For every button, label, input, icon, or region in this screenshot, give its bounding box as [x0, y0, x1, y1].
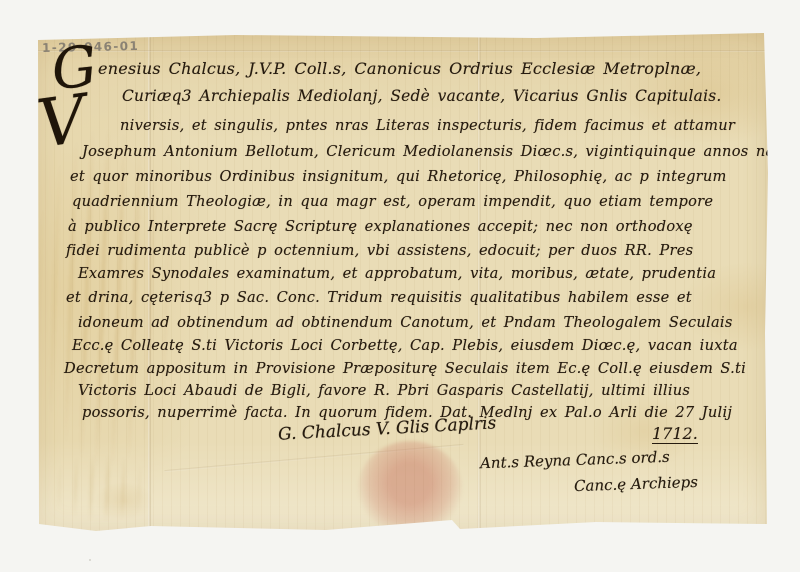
manuscript-line: Josephum Antonium Bellotum, Clericum Med…: [82, 143, 800, 160]
manuscript-line: quadriennium Theologiæ, in qua magr est,…: [72, 193, 713, 210]
chancellor-signature-line2: Canc.ę Archieps: [574, 473, 698, 495]
manuscript-line: à publico Interprete Sacrę Scripturę exp…: [68, 218, 693, 235]
manuscript-line: Decretum appositum in Provisione Præposi…: [64, 360, 746, 377]
date-year: 1712.: [652, 424, 698, 444]
fold-crease: [36, 50, 768, 52]
manuscript-line: enesius Chalcus, J.V.P. Coll.s, Canonicu…: [98, 59, 701, 78]
manuscript-line: niversis, et singulis, pntes nras Litera…: [120, 117, 735, 134]
chancellor-signature-line1: Ant.s Reyna Canc.s ord.s: [480, 448, 670, 473]
manuscript-line: et quor minoribus Ordinibus insignitum, …: [70, 168, 727, 185]
ink-bleedthrough: [46, 453, 156, 523]
manuscript-line: idoneum ad obtinendum ad obtinendum Cano…: [78, 314, 733, 331]
manuscript-page: 1-29-046-01 G V enesius Chalcus, J.V.P. …: [36, 33, 768, 531]
manuscript-line: Curiæq3 Archiepalis Mediolanj, Sedè vaca…: [122, 87, 722, 105]
manuscript-line: Ecc.ę Colleatę S.ti Victoris Loci Corbet…: [72, 337, 738, 354]
manuscript-line: et drina, cęterisq3 p Sac. Conc. Tridum …: [66, 289, 692, 306]
manuscript-line: Examres Synodales examinatum, et approba…: [78, 265, 716, 282]
manuscript-line: fidei rudimenta publicè p octennium, vbi…: [66, 242, 693, 259]
fold-crease: [148, 33, 151, 531]
manuscript-line: Victoris Loci Abaudi de Bigli, favore R.…: [78, 382, 690, 399]
wax-seal: [358, 441, 462, 535]
scanner-background: 1-29-046-01 G V enesius Chalcus, J.V.P. …: [0, 0, 800, 572]
